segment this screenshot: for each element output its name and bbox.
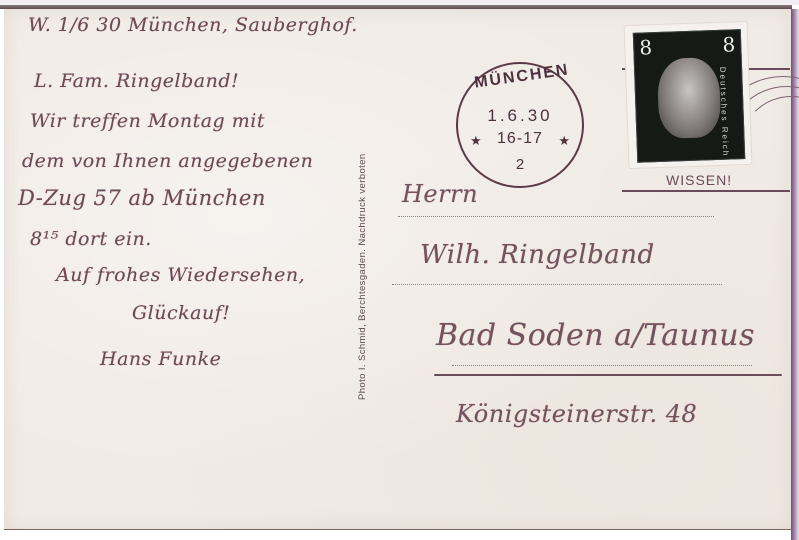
stamp-design: 8 8 Deutsches Reich <box>633 29 745 163</box>
message-line: 8¹⁵ dort ein. <box>30 228 152 250</box>
city-underline <box>434 374 782 376</box>
postmark: MÜNCHEN 1.6.30 ★ 16-17 ★ 2 <box>456 62 584 188</box>
message-line: dem von Ihnen angegebenen <box>22 150 313 172</box>
postmark-date: 1.6.30 <box>458 106 582 126</box>
message-line: Wir treffen Montag mit <box>30 110 265 132</box>
postage-stamp: 8 8 Deutsches Reich <box>625 22 752 168</box>
stamp-value-right: 8 <box>722 32 736 56</box>
star-icon: ★ <box>558 134 570 149</box>
slogan-text: WISSEN! <box>666 172 732 188</box>
message-line-greeting: L. Fam. Ringelband! <box>34 70 239 92</box>
address-line <box>452 365 752 366</box>
address-name: Wilh. Ringelband <box>420 240 655 270</box>
portrait-icon <box>657 57 722 139</box>
message-signature: Hans Funke <box>100 348 221 370</box>
message-line: D-Zug 57 ab München <box>18 186 266 210</box>
postmark-office-number: 2 <box>458 156 582 173</box>
message-line-gluckauf: Glückauf! <box>132 302 230 324</box>
address-city: Bad Soden a/Taunus <box>436 318 755 353</box>
address-street: Königsteinerstr. 48 <box>456 400 697 428</box>
address-line <box>398 216 714 217</box>
message-line-farewell: Auf frohes Wiedersehen, <box>56 264 305 286</box>
message-line-date: W. 1/6 30 München, Sauberghof. <box>28 14 358 36</box>
address-line <box>392 284 722 285</box>
stamp-value-left: 8 <box>639 35 653 59</box>
address-salutation: Herrn <box>402 180 478 208</box>
stamp-country-text: Deutsches Reich <box>718 67 730 158</box>
publisher-imprint: Photo I. Schmid, Berchtesgaden. Nachdruc… <box>357 153 368 400</box>
